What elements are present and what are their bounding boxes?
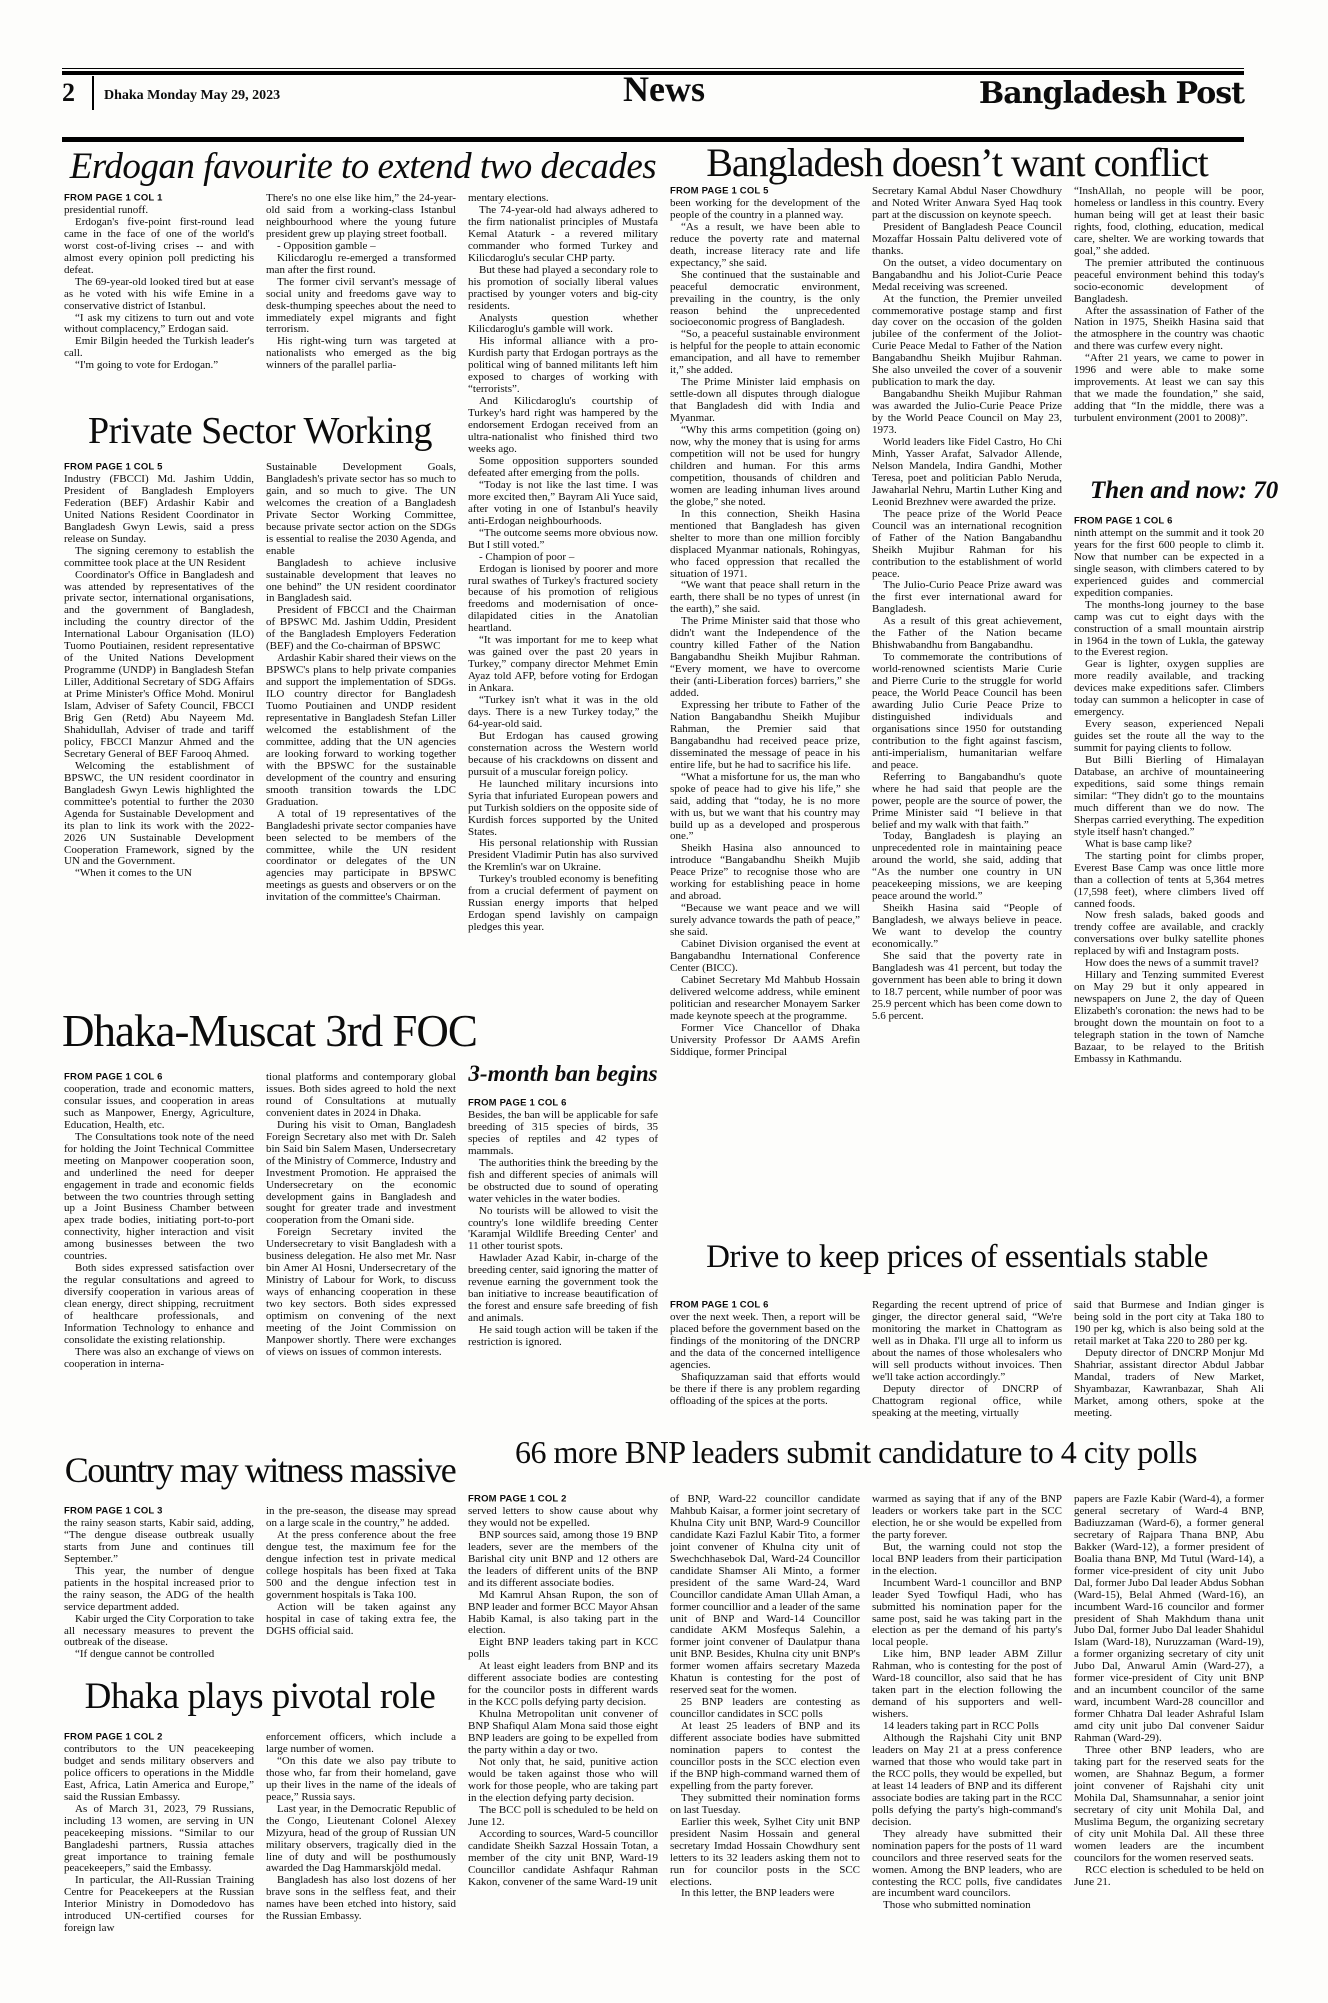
article-column: enforcement officers, which include a la… bbox=[266, 1732, 456, 1996]
article-column: There's no one else like him,” the 24-ye… bbox=[266, 193, 456, 409]
paragraph: This year, the number of dengue patients… bbox=[64, 1566, 254, 1614]
paragraph: “After 21 years, we came to power in 199… bbox=[1074, 353, 1264, 425]
article-column: FROM PAGE 1 COL 6 over the next week. Th… bbox=[670, 1300, 860, 1434]
paragraph: The Prime Minister laid emphasis on sett… bbox=[670, 377, 860, 425]
paragraph: “What a misfortune for us, the man who s… bbox=[670, 772, 860, 844]
paragraph: “On this date we also pay tribute to tho… bbox=[266, 1756, 456, 1804]
article-column: warmed as saying that if any of the BNP … bbox=[872, 1494, 1062, 1996]
paragraph: The former civil servant's message of so… bbox=[266, 277, 456, 337]
paragraph: “As a result, we have been able to reduc… bbox=[670, 222, 860, 270]
kicker: FROM PAGE 1 COL 6 bbox=[670, 1300, 860, 1311]
paragraph: over the next week. Then, a report will … bbox=[670, 1312, 860, 1372]
paragraph: The BCC poll is scheduled to be held on … bbox=[468, 1805, 658, 1829]
paragraph: Cabinet Division organised the event at … bbox=[670, 939, 860, 975]
masthead: Bangladesh Post bbox=[979, 76, 1244, 111]
paragraph: of BNP, Ward-22 councillor candidate Mah… bbox=[670, 1494, 860, 1697]
article-column: FROM PAGE 1 COL 2 contributors to the UN… bbox=[64, 1732, 254, 1996]
paragraph: “I'm going to vote for Erdogan.” bbox=[64, 360, 254, 372]
paragraph: Ardashir Kabir shared their views on the… bbox=[266, 653, 456, 808]
paragraph: Hawlader Azad Kabir, in-charge of the br… bbox=[468, 1253, 658, 1325]
paragraph: “Today is not like the last time. I was … bbox=[468, 480, 658, 528]
paragraph: Those who submitted nomination bbox=[872, 1900, 1062, 1912]
paragraph: Last year, in the Democratic Republic of… bbox=[266, 1804, 456, 1876]
article-column: of BNP, Ward-22 councillor candidate Mah… bbox=[670, 1494, 860, 1996]
paragraph: Erdogan is lionised by poorer and more r… bbox=[468, 564, 658, 636]
paragraph: At the press conference about the free d… bbox=[266, 1530, 456, 1602]
paragraph: World leaders like Fidel Castro, Ho Chi … bbox=[872, 437, 1062, 509]
article-column: papers are Fazle Kabir (Ward-4), a forme… bbox=[1074, 1494, 1264, 1996]
paragraph: Secretary Kamal Abdul Naser Chowdhury an… bbox=[872, 186, 1062, 222]
paragraph: On the outset, a video documentary on Ba… bbox=[872, 258, 1062, 294]
paragraph: in the pre-season, the disease may sprea… bbox=[266, 1506, 456, 1530]
paragraph: The premier attributed the continuous pe… bbox=[1074, 258, 1264, 306]
paragraph: cooperation, trade and economic matters,… bbox=[64, 1084, 254, 1132]
kicker: FROM PAGE 1 COL 2 bbox=[64, 1732, 254, 1743]
article-column: FROM PAGE 1 COL 2 served letters to show… bbox=[468, 1494, 658, 1996]
paragraph: The 69-year-old looked tired but at ease… bbox=[64, 277, 254, 313]
article-column: mentary elections.The 74-year-old had al… bbox=[468, 193, 658, 1053]
paragraph: warmed as saying that if any of the BNP … bbox=[872, 1494, 1062, 1542]
paragraph: The starting point for climbs proper, Ev… bbox=[1074, 851, 1264, 911]
paragraph: “I ask my citizens to turn out and vote … bbox=[64, 313, 254, 337]
paragraph: Not only that, he said, punitive action … bbox=[468, 1757, 658, 1805]
paragraph: Bangladesh to achieve inclusive sustaina… bbox=[266, 558, 456, 606]
paragraph: “If dengue cannot be controlled bbox=[64, 1649, 254, 1661]
article-column: FROM PAGE 1 COL 5 been working for the d… bbox=[670, 186, 860, 1234]
paragraph: As of March 31, 2023, 79 Russians, inclu… bbox=[64, 1804, 254, 1876]
article-column: FROM PAGE 1 COL 6 ninth attempt on the s… bbox=[1074, 516, 1264, 1236]
paragraph: Earlier this week, Sylhet City unit BNP … bbox=[670, 1817, 860, 1889]
paragraph: Foreign Secretary invited the Undersecre… bbox=[266, 1227, 456, 1358]
paragraph: Gear is lighter, oxygen supplies are mor… bbox=[1074, 659, 1264, 719]
paragraph: But Erdogan has caused growing consterna… bbox=[468, 731, 658, 779]
paragraph: papers are Fazle Kabir (Ward-4), a forme… bbox=[1074, 1494, 1264, 1745]
paragraph: No tourists will be allowed to visit the… bbox=[468, 1206, 658, 1254]
paragraph: “The outcome seems more obvious now. But… bbox=[468, 528, 658, 552]
kicker: FROM PAGE 1 COL 3 bbox=[64, 1506, 254, 1517]
paragraph: The Prime Minister said that those who d… bbox=[670, 616, 860, 700]
paragraph: She said that the poverty rate in Bangla… bbox=[872, 951, 1062, 1023]
paragraph: Expressing her tribute to Father of the … bbox=[670, 700, 860, 772]
article-column: FROM PAGE 1 COL 3 the rainy season start… bbox=[64, 1506, 254, 1676]
paragraph: Besides, the ban will be applicable for … bbox=[468, 1110, 658, 1158]
article-column: FROM PAGE 1 COL 6 Besides, the ban will … bbox=[468, 1098, 658, 1434]
headline-then-now: Then and now: 70 bbox=[1074, 478, 1264, 504]
paragraph: Bangabandhu Sheikh Mujibur Rahman was aw… bbox=[872, 389, 1062, 437]
paragraph: Hillary and Tenzing summited Everest on … bbox=[1074, 970, 1264, 1066]
paragraph: Some opposition supporters sounded defea… bbox=[468, 456, 658, 480]
paragraph: been working for the development of the … bbox=[670, 198, 860, 222]
paragraph: RCC election is scheduled to be held on … bbox=[1074, 1865, 1264, 1889]
kicker: FROM PAGE 1 COL 6 bbox=[1074, 516, 1264, 527]
paragraph: His right-wing turn was targeted at nati… bbox=[266, 336, 456, 372]
paragraph: Deputy director of DNCRP of Chattogram r… bbox=[872, 1384, 1062, 1420]
paragraph: “Turkey isn't what it was in the old day… bbox=[468, 695, 658, 731]
paragraph: Action will be taken against any hospita… bbox=[266, 1602, 456, 1638]
article-column: Secretary Kamal Abdul Naser Chowdhury an… bbox=[872, 186, 1062, 1234]
paragraph: Emir Bilgin heeded the Turkish leader's … bbox=[64, 336, 254, 360]
headline-dm: Dhaka-Muscat 3rd FOC bbox=[62, 1008, 492, 1055]
paragraph: the rainy season starts, Kabir said, add… bbox=[64, 1518, 254, 1566]
paragraph: BNP sources said, among those 19 BNP lea… bbox=[468, 1530, 658, 1590]
paragraph: Analysts question whether Kilicdaroglu's… bbox=[468, 313, 658, 337]
paragraph: Sheikh Hasina said “People of Bangladesh… bbox=[872, 903, 1062, 951]
paragraph: ninth attempt on the summit and it took … bbox=[1074, 528, 1264, 600]
paragraph: Referring to Bangabandhu's quote where h… bbox=[872, 772, 1062, 832]
headline-ban: 3-month ban begins bbox=[468, 1062, 658, 1086]
paragraph: Shafiquzzaman said that efforts would be… bbox=[670, 1372, 860, 1408]
paragraph: Khulna Metropolitan unit convener of BNP… bbox=[468, 1709, 658, 1757]
paragraph: “Why this arms competition (going on) no… bbox=[670, 425, 860, 509]
paragraph: Now fresh salads, baked goods and trendy… bbox=[1074, 910, 1264, 958]
paragraph: Regarding the recent uptrend of price of… bbox=[872, 1300, 1062, 1384]
paragraph: Kilicdaroglu re-emerged a transformed ma… bbox=[266, 253, 456, 277]
paragraph: Bangladesh has also lost dozens of her b… bbox=[266, 1875, 456, 1923]
paragraph: There was also an exchange of views on c… bbox=[64, 1347, 254, 1371]
paragraph: The signing ceremony to establish the co… bbox=[64, 546, 254, 570]
paragraph: “We want that peace shall return in the … bbox=[670, 580, 860, 616]
paragraph: The authorities think the breeding by th… bbox=[468, 1158, 658, 1206]
headline-country: Country may witness massive bbox=[64, 1452, 456, 1490]
paragraph: “It was important for me to keep what wa… bbox=[468, 635, 658, 695]
newspaper-page: 2 Dhaka Monday May 29, 2023 News Banglad… bbox=[0, 0, 1328, 2003]
paragraph: Sheikh Hasina also announced to introduc… bbox=[670, 843, 860, 903]
paragraph: served letters to show cause about why t… bbox=[468, 1506, 658, 1530]
kicker: FROM PAGE 1 COL 6 bbox=[64, 1072, 254, 1083]
headline-conflict: Bangladesh doesn’t want conflict bbox=[670, 142, 1244, 184]
paragraph: “So, a peaceful sustainable environment … bbox=[670, 329, 860, 377]
paragraph: Former Vice Chancellor of Dhaka Universi… bbox=[670, 1023, 860, 1059]
kicker: FROM PAGE 1 COL 5 bbox=[64, 462, 254, 473]
paragraph: A total of 19 representatives of the Ban… bbox=[266, 809, 456, 905]
paragraph: - Champion of poor – bbox=[468, 552, 658, 564]
paragraph: enforcement officers, which include a la… bbox=[266, 1732, 456, 1756]
paragraph: At the function, the Premier unveiled co… bbox=[872, 294, 1062, 390]
paragraph: According to sources, Ward-5 councillor … bbox=[468, 1829, 658, 1889]
paragraph: Kabir urged the City Corporation to take… bbox=[64, 1614, 254, 1650]
paragraph: Although the Rajshahi City unit BNP lead… bbox=[872, 1733, 1062, 1829]
paragraph: The Consultations took note of the need … bbox=[64, 1132, 254, 1263]
paragraph: The peace prize of the World Peace Counc… bbox=[872, 509, 1062, 581]
paragraph: She continued that the sustainable and p… bbox=[670, 270, 860, 330]
paragraph: The 74-year-old had always adhered to th… bbox=[468, 205, 658, 265]
headline-drive: Drive to keep prices of essentials stabl… bbox=[670, 1240, 1244, 1275]
headline-psw: Private Sector Working bbox=[64, 412, 456, 452]
paragraph: During his visit to Oman, Bangladesh For… bbox=[266, 1120, 456, 1228]
paragraph: There's no one else like him,” the 24-ye… bbox=[266, 193, 456, 241]
paragraph: President of Bangladesh Peace Council Mo… bbox=[872, 222, 1062, 258]
paragraph: tional platforms and contemporary global… bbox=[266, 1072, 456, 1120]
article-column: said that Burmese and Indian ginger is b… bbox=[1074, 1300, 1264, 1434]
paragraph: Coordinator's Office in Bangladesh and w… bbox=[64, 570, 254, 761]
paragraph: As a result of this great achievement, t… bbox=[872, 616, 1062, 652]
paragraph: But Billi Bierling of Himalayan Database… bbox=[1074, 755, 1264, 839]
paragraph: Every season, experienced Nepali guides … bbox=[1074, 719, 1264, 755]
headline-bnp: 66 more BNP leaders submit candidature t… bbox=[468, 1436, 1244, 1470]
paragraph: President of FBCCI and the Chairman of B… bbox=[266, 605, 456, 653]
paragraph: He launched military incursions into Syr… bbox=[468, 779, 658, 839]
paragraph: In this letter, the BNP leaders were bbox=[670, 1888, 860, 1900]
paragraph: Turkey's troubled economy is benefiting … bbox=[468, 874, 658, 934]
paragraph: What is base camp like? bbox=[1074, 839, 1264, 851]
paragraph: “When it comes to the UN bbox=[64, 868, 254, 880]
paragraph: And Kilicdaroglu's courtship of Turkey's… bbox=[468, 396, 658, 456]
paragraph: But these had played a secondary role to… bbox=[468, 265, 658, 313]
paragraph: Sustainable Development Goals, Banglades… bbox=[266, 462, 456, 558]
paragraph: To commemorate the contributions of worl… bbox=[872, 652, 1062, 772]
paragraph: Md Kamrul Ahsan Rupon, the son of BNP le… bbox=[468, 1590, 658, 1638]
kicker: FROM PAGE 1 COL 5 bbox=[670, 186, 860, 197]
paragraph: Deputy director of DNCRP Monjur Md Shahr… bbox=[1074, 1348, 1264, 1420]
article-column: Regarding the recent uptrend of price of… bbox=[872, 1300, 1062, 1434]
paragraph: “InshAllah, no people will be poor, home… bbox=[1074, 186, 1264, 258]
paragraph: - Opposition gamble – bbox=[266, 241, 456, 253]
paragraph: His personal relationship with Russian P… bbox=[468, 838, 658, 874]
paragraph: In particular, the All-Russian Training … bbox=[64, 1875, 254, 1935]
article-column: FROM PAGE 1 COL 5 Industry (FBCCI) Md. J… bbox=[64, 462, 254, 1008]
paragraph: Erdogan's five-point first-round lead ca… bbox=[64, 217, 254, 277]
paragraph: Eight BNP leaders taking part in KCC pol… bbox=[468, 1637, 658, 1661]
paragraph: The Julio-Curio Peace Prize award was th… bbox=[872, 580, 1062, 616]
kicker: FROM PAGE 1 COL 2 bbox=[468, 1494, 658, 1505]
paragraph: They submitted their nomination forms on… bbox=[670, 1793, 860, 1817]
paragraph: Incumbent Ward-1 councillor and BNP lead… bbox=[872, 1578, 1062, 1650]
paragraph: But, the warning could not stop the loca… bbox=[872, 1542, 1062, 1578]
kicker: FROM PAGE 1 COL 6 bbox=[468, 1098, 658, 1109]
paragraph: Three other BNP leaders, who are taking … bbox=[1074, 1745, 1264, 1865]
paragraph: Both sides expressed satisfaction over t… bbox=[64, 1263, 254, 1347]
article-column: tional platforms and contemporary global… bbox=[266, 1072, 456, 1450]
paragraph: They already have submitted their nomina… bbox=[872, 1829, 1062, 1901]
paragraph: 25 BNP leaders are contesting as council… bbox=[670, 1697, 860, 1721]
paragraph: His informal alliance with a pro-Kurdish… bbox=[468, 336, 658, 396]
paragraph: Industry (FBCCI) Md. Jashim Uddin, Presi… bbox=[64, 474, 254, 546]
article-column: “InshAllah, no people will be poor, home… bbox=[1074, 186, 1264, 470]
headline-dhaka-role: Dhaka plays pivotal role bbox=[64, 1678, 456, 1717]
paragraph: In this connection, Sheikh Hasina mentio… bbox=[670, 509, 860, 581]
paragraph: Welcoming the establishment of BPSWC, th… bbox=[64, 761, 254, 869]
article-column: FROM PAGE 1 COL 1 presidential runoff.Er… bbox=[64, 193, 254, 409]
paragraph: He said tough action will be taken if th… bbox=[468, 1325, 658, 1349]
headline-erdogan: Erdogan favourite to extend two decades bbox=[64, 148, 662, 187]
paragraph: said that Burmese and Indian ginger is b… bbox=[1074, 1300, 1264, 1348]
article-column: in the pre-season, the disease may sprea… bbox=[266, 1506, 456, 1676]
article-column: Sustainable Development Goals, Banglades… bbox=[266, 462, 456, 1014]
paragraph: Like him, BNP leader ABM Zillur Rahman, … bbox=[872, 1649, 1062, 1721]
paragraph: Today, Bangladesh is playing an unpreced… bbox=[872, 831, 1062, 903]
paragraph: contributors to the UN peacekeeping budg… bbox=[64, 1744, 254, 1804]
paragraph: At least eight leaders from BNP and its … bbox=[468, 1661, 658, 1709]
paragraph: After the assassination of Father of the… bbox=[1074, 306, 1264, 354]
kicker: FROM PAGE 1 COL 1 bbox=[64, 193, 254, 204]
paragraph: At least 25 leaders of BNP and its diffe… bbox=[670, 1721, 860, 1793]
article-column: FROM PAGE 1 COL 6 cooperation, trade and… bbox=[64, 1072, 254, 1450]
paragraph: Cabinet Secretary Md Mahbub Hossain deli… bbox=[670, 975, 860, 1023]
paragraph: The months-long journey to the base camp… bbox=[1074, 600, 1264, 660]
paragraph: “Because we want peace and we will surel… bbox=[670, 903, 860, 939]
